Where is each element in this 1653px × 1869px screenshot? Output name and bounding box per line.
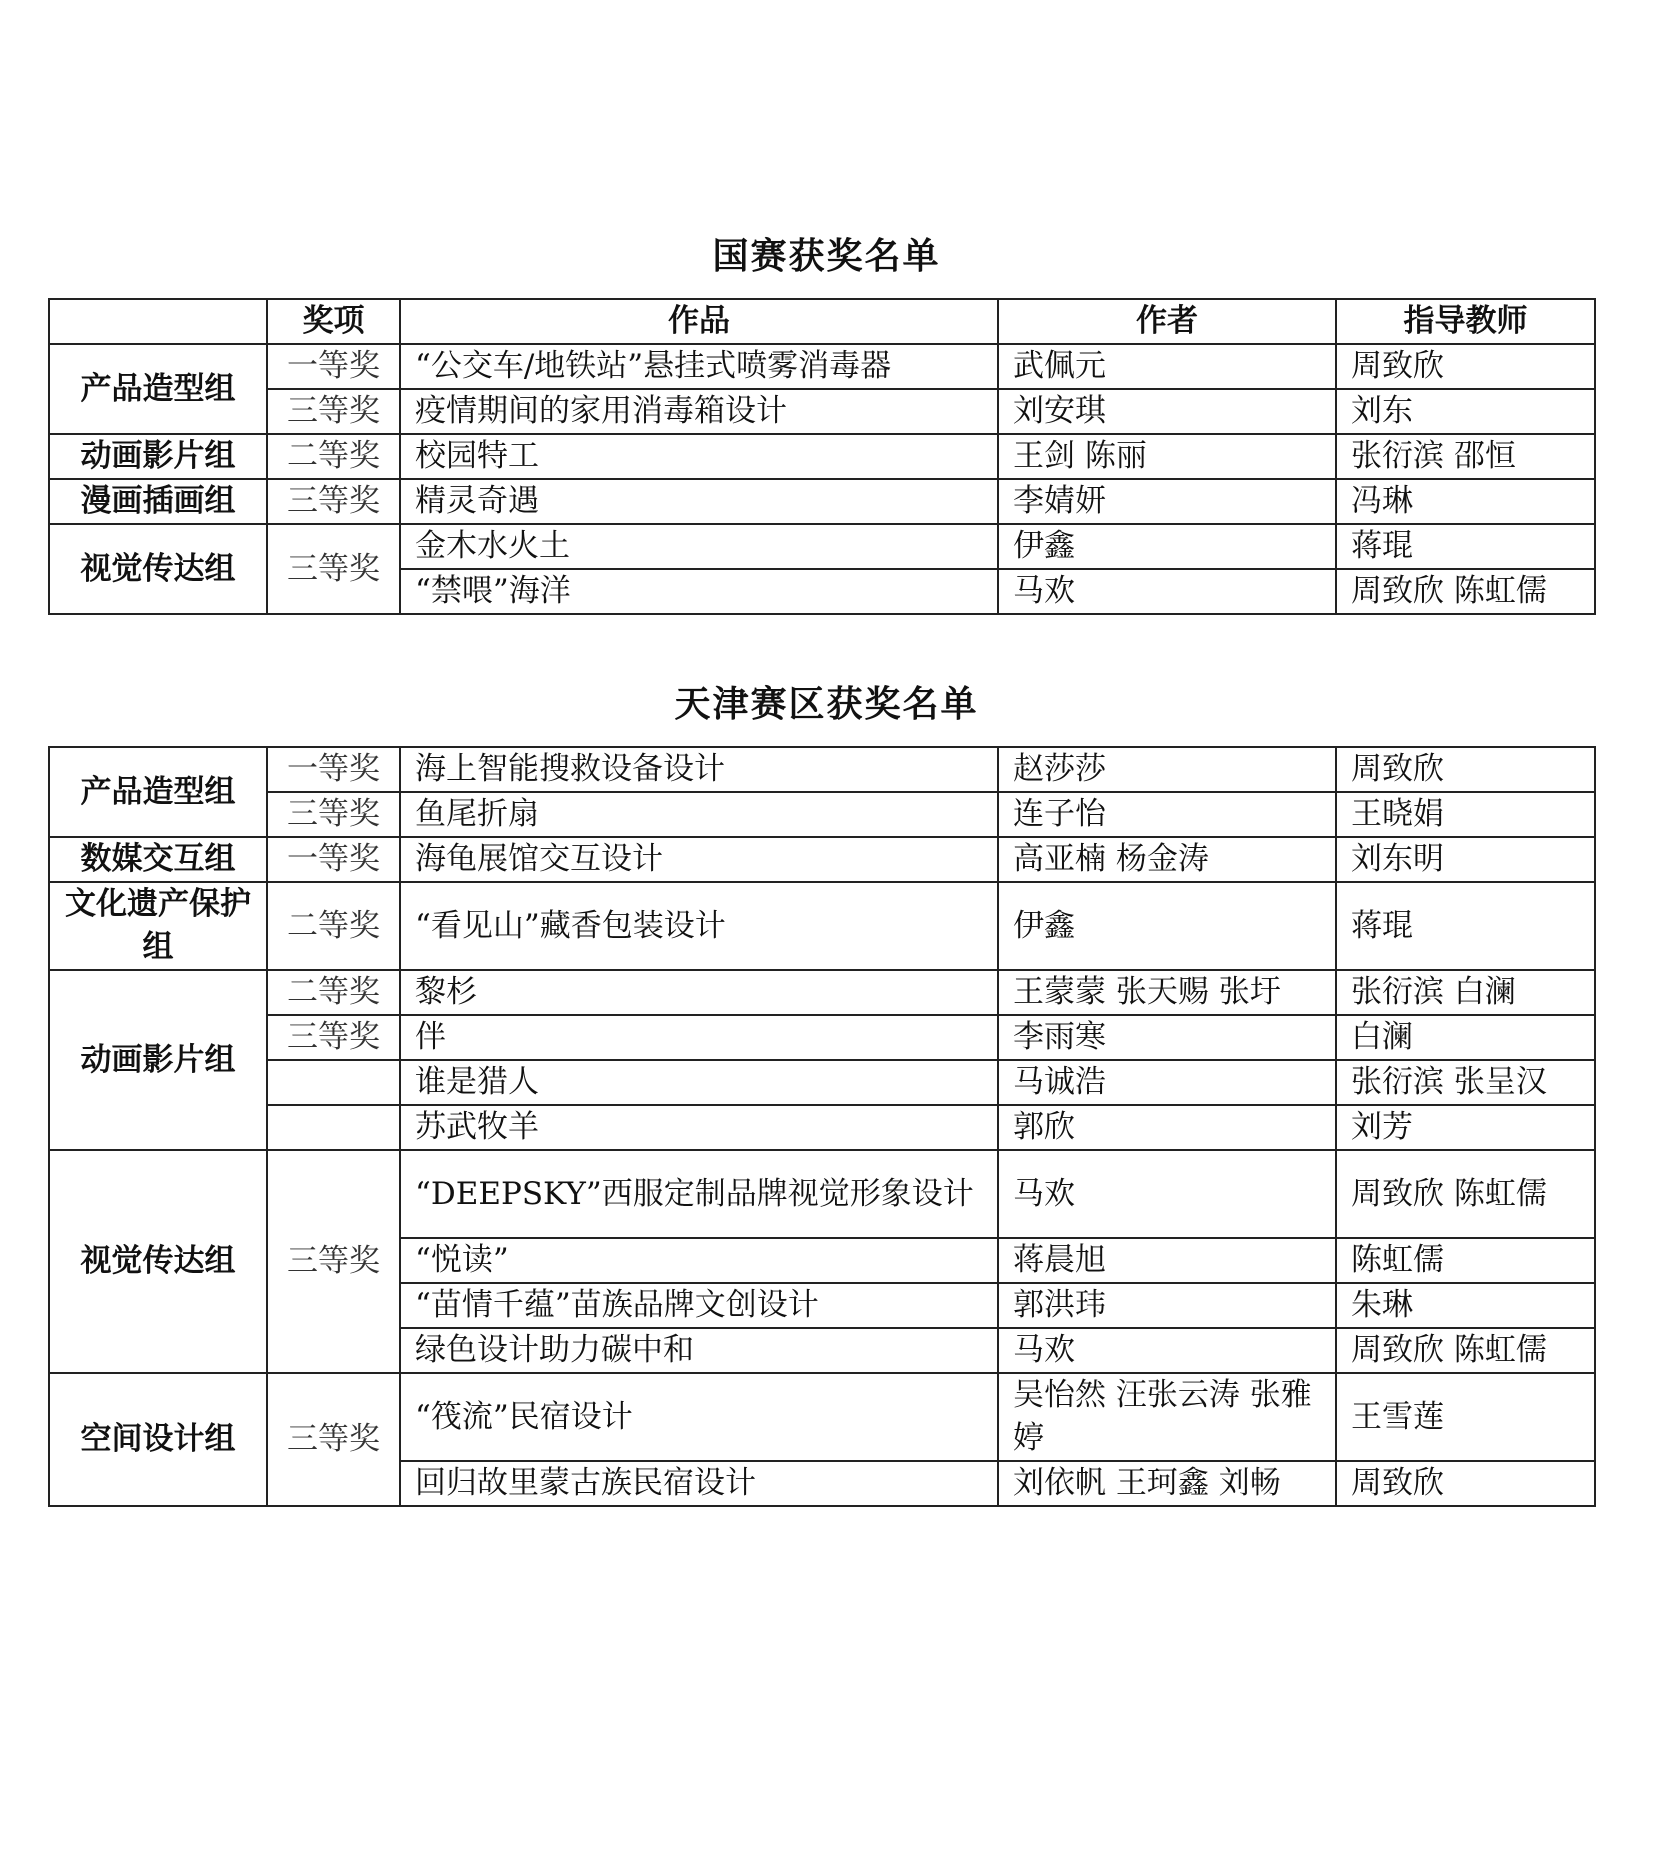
- table-row: 动画影片组 二等奖 校园特工 王剑 陈丽 张衍滨 邵恒: [49, 434, 1595, 479]
- author-cell: 马欢: [998, 569, 1336, 614]
- prize-cell: 三等奖: [267, 1015, 400, 1060]
- work-cell: “筏流”民宿设计: [400, 1373, 998, 1461]
- teacher-cell: 蒋琨: [1336, 524, 1595, 569]
- prize-cell: 二等奖: [267, 434, 400, 479]
- author-cell: 武佩元: [998, 344, 1336, 389]
- author-cell: 连子怡: [998, 792, 1336, 837]
- author-cell: 李婧妍: [998, 479, 1336, 524]
- teacher-cell: 朱琳: [1336, 1283, 1595, 1328]
- prize-cell: 一等奖: [267, 344, 400, 389]
- prize-cell: 三等奖: [267, 1150, 400, 1373]
- group-cell: 产品造型组: [49, 344, 267, 434]
- prize-cell: 二等奖: [267, 970, 400, 1015]
- header-group: [49, 299, 267, 344]
- author-cell: 王蒙蒙 张天赐 张圩: [998, 970, 1336, 1015]
- header-teacher: 指导教师: [1336, 299, 1595, 344]
- prize-cell: 一等奖: [267, 747, 400, 792]
- tianjin-award-table: 产品造型组 一等奖 海上智能搜救设备设计 赵莎莎 周致欣 三等奖 鱼尾折扇 连子…: [48, 746, 1596, 1507]
- group-cell: 数媒交互组: [49, 837, 267, 882]
- teacher-cell: 陈虹儒: [1336, 1238, 1595, 1283]
- work-cell: 海龟展馆交互设计: [400, 837, 998, 882]
- author-cell: 郭欣: [998, 1105, 1336, 1150]
- group-cell: 产品造型组: [49, 747, 267, 837]
- table-row: 产品造型组 一等奖 “公交车/地铁站”悬挂式喷雾消毒器 武佩元 周致欣: [49, 344, 1595, 389]
- teacher-cell: 周致欣: [1336, 747, 1595, 792]
- prize-cell: 二等奖: [267, 882, 400, 970]
- author-cell: 刘安琪: [998, 389, 1336, 434]
- header-work: 作品: [400, 299, 998, 344]
- work-cell: 伴: [400, 1015, 998, 1060]
- tianjin-title: 天津赛区获奖名单: [0, 676, 1653, 727]
- work-cell: 精灵奇遇: [400, 479, 998, 524]
- table-row: 空间设计组 三等奖 “筏流”民宿设计 吴怡然 汪张云涛 张雅婷 王雪莲: [49, 1373, 1595, 1461]
- teacher-cell: 周致欣: [1336, 344, 1595, 389]
- work-cell: “禁喂”海洋: [400, 569, 998, 614]
- table-row: 文化遗产保护组 二等奖 “看见山”藏香包装设计 伊鑫 蒋琨: [49, 882, 1595, 970]
- table-row: 数媒交互组 一等奖 海龟展馆交互设计 高亚楠 杨金涛 刘东明: [49, 837, 1595, 882]
- teacher-cell: 周致欣: [1336, 1461, 1595, 1506]
- teacher-cell: 刘芳: [1336, 1105, 1595, 1150]
- table-row: 谁是猎人 马诚浩 张衍滨 张呈汉: [49, 1060, 1595, 1105]
- teacher-cell: 张衍滨 白澜: [1336, 970, 1595, 1015]
- teacher-cell: 王雪莲: [1336, 1373, 1595, 1461]
- prize-cell: [267, 1105, 400, 1150]
- work-cell: 海上智能搜救设备设计: [400, 747, 998, 792]
- table-row: 视觉传达组 三等奖 “DEEPSKY”西服定制品牌视觉形象设计 马欢 周致欣 陈…: [49, 1150, 1595, 1238]
- teacher-cell: 冯琳: [1336, 479, 1595, 524]
- work-cell: 谁是猎人: [400, 1060, 998, 1105]
- table-row: 产品造型组 一等奖 海上智能搜救设备设计 赵莎莎 周致欣: [49, 747, 1595, 792]
- work-cell: 苏武牧羊: [400, 1105, 998, 1150]
- author-cell: 伊鑫: [998, 882, 1336, 970]
- work-cell: 黎杉: [400, 970, 998, 1015]
- work-cell: 校园特工: [400, 434, 998, 479]
- teacher-cell: 白澜: [1336, 1015, 1595, 1060]
- teacher-cell: 刘东明: [1336, 837, 1595, 882]
- work-cell: 回归故里蒙古族民宿设计: [400, 1461, 998, 1506]
- group-cell: 动画影片组: [49, 970, 267, 1150]
- group-cell: 空间设计组: [49, 1373, 267, 1506]
- prize-cell: 三等奖: [267, 479, 400, 524]
- work-cell: 绿色设计助力碳中和: [400, 1328, 998, 1373]
- author-cell: 郭洪玮: [998, 1283, 1336, 1328]
- table-row: 苏武牧羊 郭欣 刘芳: [49, 1105, 1595, 1150]
- group-cell: 动画影片组: [49, 434, 267, 479]
- work-cell: 疫情期间的家用消毒箱设计: [400, 389, 998, 434]
- group-cell: 文化遗产保护组: [49, 882, 267, 970]
- work-cell: “悦读”: [400, 1238, 998, 1283]
- author-cell: 赵莎莎: [998, 747, 1336, 792]
- teacher-cell: 刘东: [1336, 389, 1595, 434]
- table-row: 三等奖 鱼尾折扇 连子怡 王晓娟: [49, 792, 1595, 837]
- table-header-row: 奖项 作品 作者 指导教师: [49, 299, 1595, 344]
- teacher-cell: 周致欣 陈虹儒: [1336, 1328, 1595, 1373]
- table-row: 漫画插画组 三等奖 精灵奇遇 李婧妍 冯琳: [49, 479, 1595, 524]
- table-row: 动画影片组 二等奖 黎杉 王蒙蒙 张天赐 张圩 张衍滨 白澜: [49, 970, 1595, 1015]
- author-cell: 吴怡然 汪张云涛 张雅婷: [998, 1373, 1336, 1461]
- table-row: 三等奖 伴 李雨寒 白澜: [49, 1015, 1595, 1060]
- group-cell: 视觉传达组: [49, 1150, 267, 1373]
- prize-cell: 三等奖: [267, 524, 400, 614]
- work-cell: 鱼尾折扇: [400, 792, 998, 837]
- group-cell: 视觉传达组: [49, 524, 267, 614]
- prize-cell: [267, 1060, 400, 1105]
- work-cell: 金木水火土: [400, 524, 998, 569]
- author-cell: 蒋晨旭: [998, 1238, 1336, 1283]
- teacher-cell: 周致欣 陈虹儒: [1336, 569, 1595, 614]
- prize-cell: 三等奖: [267, 389, 400, 434]
- author-cell: 李雨寒: [998, 1015, 1336, 1060]
- author-cell: 刘依帆 王珂鑫 刘畅: [998, 1461, 1336, 1506]
- header-author: 作者: [998, 299, 1336, 344]
- group-cell: 漫画插画组: [49, 479, 267, 524]
- prize-cell: 三等奖: [267, 792, 400, 837]
- teacher-cell: 周致欣 陈虹儒: [1336, 1150, 1595, 1238]
- national-award-table: 奖项 作品 作者 指导教师 产品造型组 一等奖 “公交车/地铁站”悬挂式喷雾消毒…: [48, 298, 1596, 615]
- work-cell: “公交车/地铁站”悬挂式喷雾消毒器: [400, 344, 998, 389]
- author-cell: 伊鑫: [998, 524, 1336, 569]
- author-cell: 马诚浩: [998, 1060, 1336, 1105]
- author-cell: 王剑 陈丽: [998, 434, 1336, 479]
- author-cell: 马欢: [998, 1328, 1336, 1373]
- work-cell: “DEEPSKY”西服定制品牌视觉形象设计: [400, 1150, 998, 1238]
- teacher-cell: 蒋琨: [1336, 882, 1595, 970]
- table-row: 三等奖 疫情期间的家用消毒箱设计 刘安琪 刘东: [49, 389, 1595, 434]
- teacher-cell: 张衍滨 张呈汉: [1336, 1060, 1595, 1105]
- author-cell: 马欢: [998, 1150, 1336, 1238]
- work-cell: “看见山”藏香包装设计: [400, 882, 998, 970]
- header-prize: 奖项: [267, 299, 400, 344]
- teacher-cell: 王晓娟: [1336, 792, 1595, 837]
- teacher-cell: 张衍滨 邵恒: [1336, 434, 1595, 479]
- prize-cell: 三等奖: [267, 1373, 400, 1506]
- table-row: 视觉传达组 三等奖 金木水火土 伊鑫 蒋琨: [49, 524, 1595, 569]
- national-title: 国赛获奖名单: [0, 228, 1653, 279]
- author-cell: 高亚楠 杨金涛: [998, 837, 1336, 882]
- work-cell: “苗情千蕴”苗族品牌文创设计: [400, 1283, 998, 1328]
- prize-cell: 一等奖: [267, 837, 400, 882]
